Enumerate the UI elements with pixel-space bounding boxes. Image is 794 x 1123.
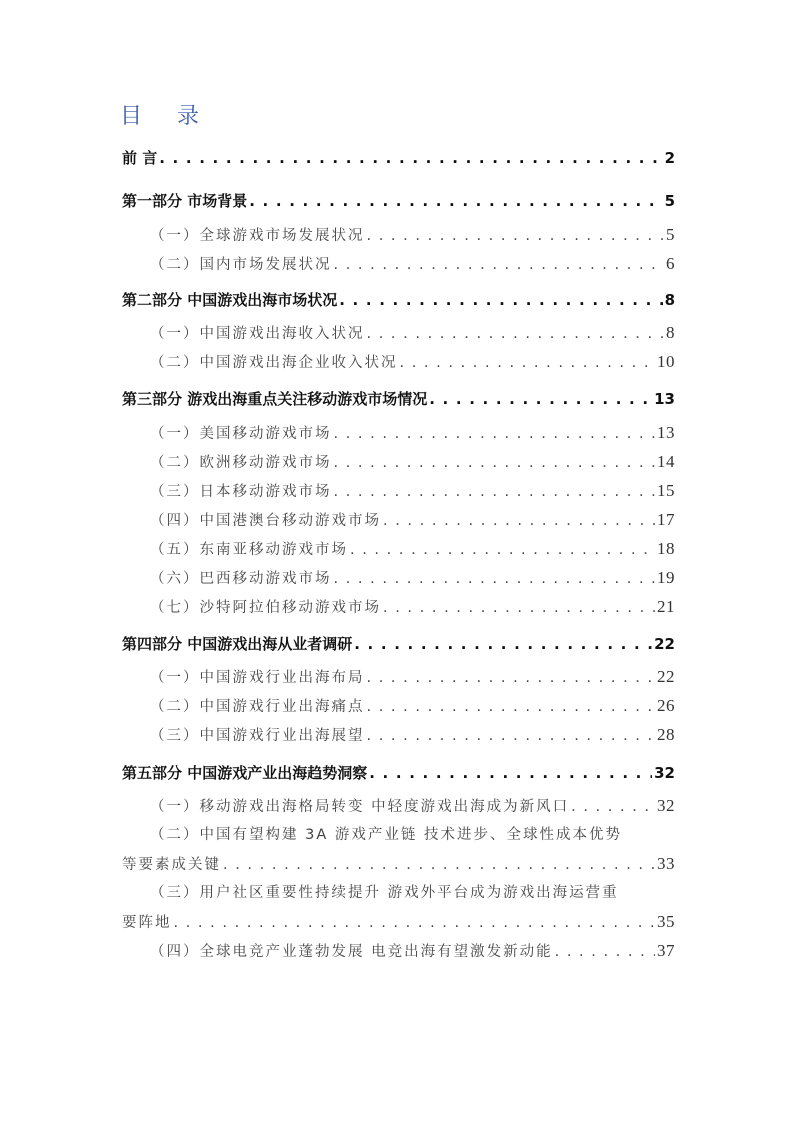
page-number: 28 — [657, 724, 675, 746]
dot-leader — [367, 725, 656, 746]
entry-label: （一）全球游戏市场发展状况 — [150, 225, 365, 246]
page-number: 19 — [657, 567, 675, 589]
entry-label: 第四部分 中国游戏出海从业者调研 — [122, 633, 352, 655]
entry-label: （一）美国移动游戏市场 — [150, 423, 332, 444]
toc-subentry[interactable]: （二）中国游戏出海企业收入状况 10 — [150, 351, 675, 373]
entry-label: （七）沙特阿拉伯移动游戏市场 — [150, 597, 381, 618]
entry-label: （一）移动游戏出海格局转变 中轻度游戏出海成为新风口 — [150, 796, 569, 817]
toc-subentry[interactable]: （三）日本移动游戏市场 15 — [150, 480, 675, 502]
page-number: 5 — [666, 224, 675, 246]
toc-subentry[interactable]: （一）美国移动游戏市场 13 — [150, 422, 675, 444]
entry-label: （三）日本移动游戏市场 — [150, 481, 332, 502]
dot-leader — [159, 147, 662, 169]
dot-leader — [354, 633, 652, 655]
toc-subentry-line1[interactable]: （二）中国有望构建 3A 游戏产业链 技术进步、全球性成本优势 — [150, 824, 675, 846]
toc-subentry[interactable]: （二）中国游戏行业出海痛点 26 — [150, 695, 675, 717]
page-number: 35 — [657, 911, 675, 933]
toc-title: 目 录 — [120, 102, 213, 132]
toc-subentry[interactable]: （四）中国港澳台移动游戏市场 17 — [150, 509, 675, 531]
dot-leader — [249, 190, 662, 212]
entry-label: 第五部分 中国游戏产业出海趋势洞察 — [122, 762, 367, 784]
entry-label: （四）中国港澳台移动游戏市场 — [150, 510, 381, 531]
entry-label: 第三部分 游戏出海重点关注移动游戏市场情况 — [122, 388, 427, 410]
page-number: 22 — [654, 633, 675, 655]
dot-leader — [334, 452, 656, 473]
entry-label: （一）中国游戏行业出海布局 — [150, 667, 365, 688]
dot-leader — [223, 854, 655, 875]
toc-subentry[interactable]: （一）中国游戏行业出海布局 22 — [150, 666, 675, 688]
entry-label: 前 言 — [122, 147, 157, 169]
dot-leader — [367, 323, 665, 344]
toc-subentry[interactable]: （一）中国游戏出海收入状况 8 — [150, 322, 675, 344]
page-number: 17 — [657, 509, 675, 531]
toc-subentry[interactable]: （四）全球电竞产业蓬勃发展 电竞出海有望激发新动能 37 — [150, 940, 675, 962]
entry-label: （三）用户社区重要性持续提升 游戏外平台成为游戏出海运营重 — [150, 882, 619, 904]
dot-leader — [555, 941, 655, 962]
page-number: 6 — [666, 253, 675, 275]
toc-subentry[interactable]: （二）欧洲移动游戏市场 14 — [150, 451, 675, 473]
toc-subentry[interactable]: （二）国内市场发展状况 6 — [150, 253, 675, 275]
page-number: 2 — [665, 147, 675, 169]
toc-entry-part3[interactable]: 第三部分 游戏出海重点关注移动游戏市场情况 13 — [122, 388, 675, 410]
toc-subentry[interactable]: （七）沙特阿拉伯移动游戏市场 21 — [150, 596, 675, 618]
page-number: 13 — [654, 388, 675, 410]
toc-subentry[interactable]: （一）移动游戏出海格局转变 中轻度游戏出海成为新风口 32 — [150, 795, 675, 817]
entry-label: （二）欧洲移动游戏市场 — [150, 452, 332, 473]
dot-leader — [400, 352, 656, 373]
dot-leader — [334, 254, 665, 275]
toc-entry-preface[interactable]: 前 言 2 — [122, 147, 675, 169]
entry-label: （二）国内市场发展状况 — [150, 254, 332, 275]
page-number: 10 — [657, 351, 675, 373]
entry-label: （二）中国游戏行业出海痛点 — [150, 696, 365, 717]
entry-label: （三）中国游戏行业出海展望 — [150, 725, 365, 746]
page-number: 8 — [665, 289, 675, 311]
page-number: 26 — [657, 695, 675, 717]
toc-subentry-line1[interactable]: （三）用户社区重要性持续提升 游戏外平台成为游戏出海运营重 — [150, 882, 675, 904]
dot-leader — [383, 510, 655, 531]
toc-entry-part1[interactable]: 第一部分 市场背景 5 — [122, 190, 675, 212]
page-number: 8 — [666, 322, 675, 344]
page-number: 32 — [654, 762, 675, 784]
page-number: 37 — [657, 940, 675, 962]
entry-label: 第一部分 市场背景 — [122, 190, 247, 212]
entry-label: 等要素成关键 — [122, 854, 221, 875]
entry-label: （四）全球电竞产业蓬勃发展 电竞出海有望激发新动能 — [150, 941, 553, 962]
page-number: 18 — [657, 538, 675, 560]
entry-label: （二）中国游戏出海企业收入状况 — [150, 352, 398, 373]
dot-leader — [383, 597, 655, 618]
toc-entry-part4[interactable]: 第四部分 中国游戏出海从业者调研 22 — [122, 633, 675, 655]
entry-label: 要阵地 — [122, 912, 172, 933]
page-number: 33 — [657, 853, 675, 875]
page-number: 13 — [657, 422, 675, 444]
dot-leader — [339, 289, 662, 311]
page-number: 22 — [657, 666, 675, 688]
dot-leader — [571, 796, 655, 817]
page-number: 5 — [665, 190, 675, 212]
document-page: 目 录 前 言 2 第一部分 市场背景 5 （一）全球游戏市场发展状况 5 （二… — [0, 0, 794, 1123]
toc-entry-part2[interactable]: 第二部分 中国游戏出海市场状况 8 — [122, 289, 675, 311]
dot-leader — [367, 667, 656, 688]
page-number: 15 — [657, 480, 675, 502]
entry-label: 第二部分 中国游戏出海市场状况 — [122, 289, 337, 311]
toc-subentry[interactable]: （一）全球游戏市场发展状况 5 — [150, 224, 675, 246]
dot-leader — [334, 423, 656, 444]
page-number: 14 — [657, 451, 675, 473]
entry-label: （一）中国游戏出海收入状况 — [150, 323, 365, 344]
toc-entry-part5[interactable]: 第五部分 中国游戏产业出海趋势洞察 32 — [122, 762, 675, 784]
toc-subentry[interactable]: （五）东南亚移动游戏市场 18 — [150, 538, 675, 560]
toc-subentry-line2[interactable]: 要阵地 35 — [122, 911, 675, 933]
toc-subentry-line2[interactable]: 等要素成关键 33 — [122, 853, 675, 875]
entry-label: （六）巴西移动游戏市场 — [150, 568, 332, 589]
dot-leader — [367, 696, 656, 717]
entry-label: （五）东南亚移动游戏市场 — [150, 539, 348, 560]
dot-leader — [429, 388, 652, 410]
toc-subentry[interactable]: （三）中国游戏行业出海展望 28 — [150, 724, 675, 746]
dot-leader — [350, 539, 655, 560]
dot-leader — [334, 481, 656, 502]
toc-subentry[interactable]: （六）巴西移动游戏市场 19 — [150, 567, 675, 589]
dot-leader — [367, 225, 665, 246]
dot-leader — [334, 568, 656, 589]
page-number: 21 — [657, 596, 675, 618]
dot-leader — [369, 762, 652, 784]
page-number: 32 — [657, 795, 675, 817]
dot-leader — [174, 912, 656, 933]
entry-label: （二）中国有望构建 3A 游戏产业链 技术进步、全球性成本优势 — [150, 824, 622, 846]
